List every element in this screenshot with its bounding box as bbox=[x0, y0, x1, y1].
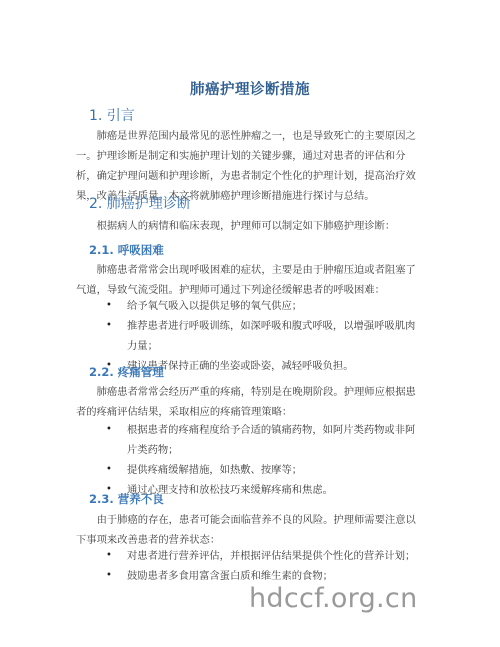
pain-management-bullet-list: •根据患者的疼痛程度给予合适的镇痛药物，如阿片类药物或非阿片类药物； •提供疼痛… bbox=[76, 420, 421, 500]
bullet-icon: • bbox=[106, 460, 112, 480]
bullet-icon: • bbox=[106, 420, 112, 440]
section-heading-diagnosis: 2. 肺癌护理诊断 bbox=[89, 193, 191, 213]
document-title: 肺癌护理诊断措施 bbox=[0, 78, 500, 99]
subsection-heading-pain-management: 2.2. 疼痛管理 bbox=[89, 364, 164, 380]
bullet-icon: • bbox=[106, 296, 112, 316]
list-item: •给予氧气吸入以提供足够的氧气供应； bbox=[76, 296, 421, 316]
malnutrition-bullet-list: •对患者进行营养评估，并根据评估结果提供个性化的营养计划； •鼓励患者多食用富含… bbox=[76, 546, 421, 586]
list-item: •推荐患者进行呼吸训练，如深呼吸和腹式呼吸，以增强呼吸肌肉力量； bbox=[76, 316, 421, 356]
bullet-icon: • bbox=[106, 566, 112, 586]
subsection-heading-malnutrition: 2.3. 营养不良 bbox=[89, 491, 164, 507]
diagnosis-intro-paragraph: 根据病人的病情和临床表现，护理师可以制定如下肺癌护理诊断： bbox=[76, 216, 426, 236]
bullet-icon: • bbox=[106, 316, 112, 336]
malnutrition-paragraph: 由于肺癌的存在，患者可能会面临营养不良的风险。护理师需要注意以下事项来改善患者的… bbox=[76, 510, 426, 550]
dyspnea-paragraph: 肺癌患者常常会出现呼吸困难的症状，主要是由于肿瘤压迫或者阻塞了气道，导致气流受阻… bbox=[76, 260, 426, 300]
section-heading-introduction: 1. 引言 bbox=[89, 105, 135, 125]
list-item: •提供疼痛缓解措施，如热敷、按摩等； bbox=[76, 460, 421, 480]
list-item: •根据患者的疼痛程度给予合适的镇痛药物，如阿片类药物或非阿片类药物； bbox=[76, 420, 421, 460]
document-page: 肺癌护理诊断措施 1. 引言 肺癌是世界范围内最常见的恶性肿瘤之一，也是导致死亡… bbox=[0, 0, 500, 647]
watermark: hdccf.org.cn bbox=[249, 583, 418, 614]
pain-management-paragraph: 肺癌患者常常会经历严重的疼痛，特别是在晚期阶段。护理师应根据患者的疼痛评估结果，… bbox=[76, 382, 426, 422]
list-item: •对患者进行营养评估，并根据评估结果提供个性化的营养计划； bbox=[76, 546, 421, 566]
bullet-icon: • bbox=[106, 546, 112, 566]
subsection-heading-dyspnea: 2.1. 呼吸困难 bbox=[89, 242, 164, 258]
